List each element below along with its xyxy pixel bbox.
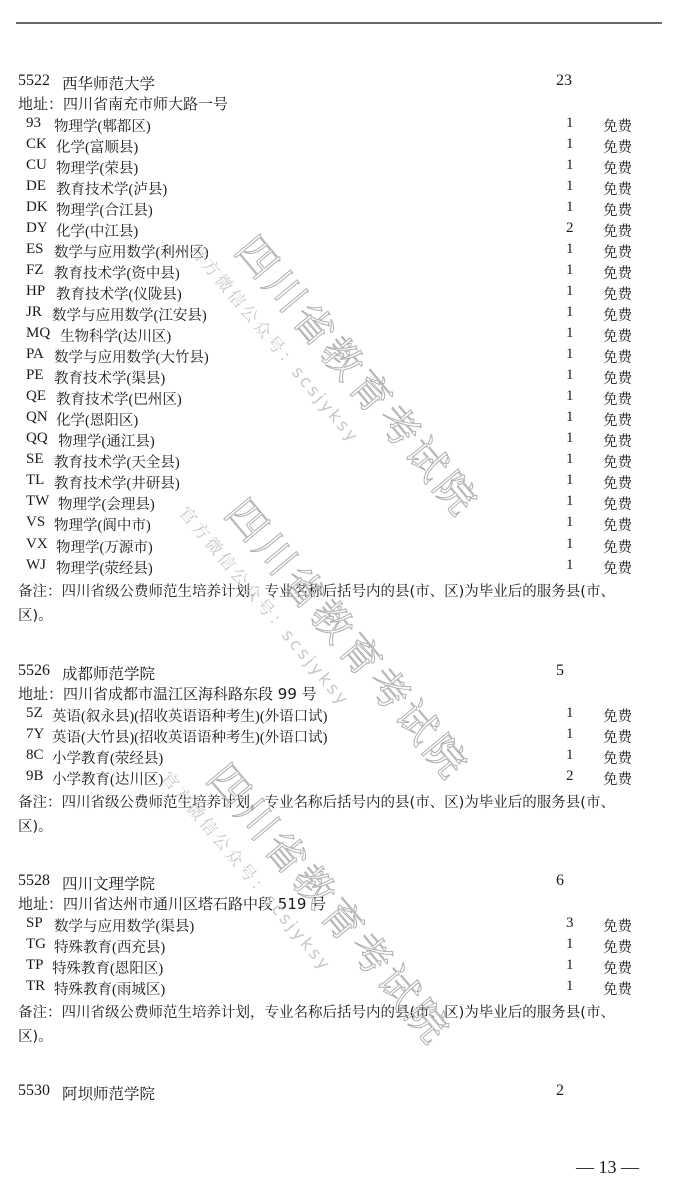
major-row: TW物理学(会理县)1免费 — [0, 493, 680, 514]
major-quota: 1 — [566, 451, 574, 468]
major-row: ES数学与应用数学(利州区)1免费 — [0, 241, 680, 262]
major-quota: 1 — [566, 705, 574, 722]
tuition-fee: 免费 — [603, 514, 632, 535]
tuition-fee: 免费 — [603, 409, 632, 430]
major-quota: 1 — [566, 409, 574, 426]
major-quota: 1 — [566, 241, 574, 258]
major-row: QE教育技术学(巴州区)1免费 — [0, 388, 680, 409]
major-quota: 1 — [566, 936, 574, 953]
major-code: TP — [26, 957, 44, 974]
major-code: VX — [26, 536, 48, 553]
major-code: TW — [26, 493, 49, 510]
tuition-fee: 免费 — [603, 726, 632, 747]
tuition-fee: 免费 — [603, 241, 632, 262]
major-code: HP — [26, 283, 45, 300]
major-quota: 1 — [566, 557, 574, 574]
major-quota: 1 — [566, 726, 574, 743]
major-quota: 1 — [566, 747, 574, 764]
school-name: 西华师范大学 — [62, 72, 155, 94]
note-text: 备注：四川省级公费师范生培养计划，专业名称后括号内的县(市、区)为毕业后的服务县… — [18, 580, 615, 601]
major-name: 特殊教育(雨城区) — [54, 978, 165, 999]
major-quota: 1 — [566, 115, 574, 132]
major-code: 5Z — [26, 705, 43, 722]
major-row: PE教育技术学(渠县)1免费 — [0, 367, 680, 388]
tuition-fee: 免费 — [603, 557, 632, 578]
major-code: ES — [26, 241, 44, 258]
tuition-fee: 免费 — [603, 915, 632, 936]
major-name: 化学(中江县) — [56, 220, 138, 241]
tuition-fee: 免费 — [603, 346, 632, 367]
tuition-fee: 免费 — [603, 536, 632, 557]
tuition-fee: 免费 — [603, 367, 632, 388]
major-quota: 1 — [566, 514, 574, 531]
major-name: 生物科学(达川区) — [60, 325, 171, 346]
major-name: 小学教育(荥经县) — [52, 747, 163, 768]
tuition-fee: 免费 — [603, 136, 632, 157]
major-quota: 1 — [566, 136, 574, 153]
note-continuation: 区)。 — [0, 815, 680, 836]
major-code: FZ — [26, 262, 44, 279]
major-row: CU物理学(荣县)1免费 — [0, 157, 680, 178]
major-code: DE — [26, 178, 46, 195]
major-quota: 1 — [566, 199, 574, 216]
major-name: 教育技术学(资中县) — [54, 262, 180, 283]
major-name: 物理学(通江县) — [58, 430, 155, 451]
major-name: 物理学(阆中市) — [54, 514, 151, 535]
major-name: 物理学(荣县) — [56, 157, 138, 178]
tuition-fee: 免费 — [603, 115, 632, 136]
major-code: QN — [26, 409, 48, 426]
major-row: SP数学与应用数学(渠县)3免费 — [0, 915, 680, 936]
major-name: 教育技术学(泸县) — [56, 178, 167, 199]
school-header: 5526成都师范学院5 — [0, 662, 680, 683]
tuition-fee: 免费 — [603, 283, 632, 304]
major-name: 特殊教育(西充县) — [54, 936, 165, 957]
note: 备注：四川省级公费师范生培养计划，专业名称后括号内的县(市、区)为毕业后的服务县… — [0, 791, 680, 812]
major-name: 物理学(郫都区) — [54, 115, 151, 136]
major-code: TL — [26, 472, 44, 489]
school-header: 5522西华师范大学23 — [0, 72, 680, 93]
major-quota: 1 — [566, 493, 574, 510]
header-rule — [16, 22, 662, 24]
major-row: 7Y英语(大竹县)(招收英语语种考生)(外语口试)1免费 — [0, 726, 680, 747]
major-quota: 1 — [566, 472, 574, 489]
school-name: 成都师范学院 — [62, 662, 155, 684]
tuition-fee: 免费 — [603, 768, 632, 789]
major-quota: 1 — [566, 304, 574, 321]
major-code: QQ — [26, 430, 48, 447]
major-code: JR — [26, 304, 42, 321]
major-code: WJ — [26, 557, 46, 574]
major-quota: 1 — [566, 325, 574, 342]
major-row: CK化学(富顺县)1免费 — [0, 136, 680, 157]
major-name: 教育技术学(井研县) — [54, 472, 180, 493]
school-code: 5530 — [18, 1082, 50, 1100]
major-name: 物理学(万源市) — [56, 536, 153, 557]
major-quota: 1 — [566, 536, 574, 553]
tuition-fee: 免费 — [603, 220, 632, 241]
tuition-fee: 免费 — [603, 262, 632, 283]
major-quota: 1 — [566, 978, 574, 995]
school-header: 5528四川文理学院6 — [0, 872, 680, 893]
major-name: 数学与应用数学(大竹县) — [54, 346, 209, 367]
note-text: 区)。 — [18, 604, 53, 625]
tuition-fee: 免费 — [603, 157, 632, 178]
major-row: JR数学与应用数学(江安县)1免费 — [0, 304, 680, 325]
major-name: 物理学(荥经县) — [56, 557, 153, 578]
major-row: QN化学(恩阳区)1免费 — [0, 409, 680, 430]
major-row: DY化学(中江县)2免费 — [0, 220, 680, 241]
major-code: PE — [26, 367, 44, 384]
note-continuation: 区)。 — [0, 604, 680, 625]
school-address: 地址：四川省南充市师大路一号 — [0, 93, 680, 114]
major-name: 教育技术学(渠县) — [54, 367, 165, 388]
major-row: TL教育技术学(井研县)1免费 — [0, 472, 680, 493]
note: 备注：四川省级公费师范生培养计划，专业名称后括号内的县(市、区)为毕业后的服务县… — [0, 1001, 680, 1022]
major-code: 8C — [26, 747, 44, 764]
tuition-fee: 免费 — [603, 304, 632, 325]
major-row: MQ生物科学(达川区)1免费 — [0, 325, 680, 346]
major-row: 93物理学(郫都区)1免费 — [0, 115, 680, 136]
major-quota: 1 — [566, 430, 574, 447]
school-address: 地址：四川省成都市温江区海科路东段 99 号 — [0, 683, 680, 704]
major-code: SP — [26, 915, 43, 932]
tuition-fee: 免费 — [603, 747, 632, 768]
major-code: CU — [26, 157, 47, 174]
tuition-fee: 免费 — [603, 936, 632, 957]
major-row: SE教育技术学(天全县)1免费 — [0, 451, 680, 472]
major-row: WJ物理学(荥经县)1免费 — [0, 557, 680, 578]
major-row: QQ物理学(通江县)1免费 — [0, 430, 680, 451]
major-code: 7Y — [26, 726, 44, 743]
tuition-fee: 免费 — [603, 325, 632, 346]
major-quota: 1 — [566, 262, 574, 279]
major-code: CK — [26, 136, 47, 153]
tuition-fee: 免费 — [603, 430, 632, 451]
major-code: PA — [26, 346, 44, 363]
major-row: HP教育技术学(仪陇县)1免费 — [0, 283, 680, 304]
school-total-quota: 2 — [556, 1082, 564, 1100]
tuition-fee: 免费 — [603, 451, 632, 472]
school-total-quota: 6 — [556, 872, 564, 890]
major-row: TG特殊教育(西充县)1免费 — [0, 936, 680, 957]
school-total-quota: 23 — [556, 72, 572, 90]
major-quota: 1 — [566, 157, 574, 174]
major-quota: 1 — [566, 957, 574, 974]
major-name: 化学(富顺县) — [56, 136, 138, 157]
major-quota: 1 — [566, 178, 574, 195]
school-name: 阿坝师范学院 — [62, 1082, 155, 1104]
major-row: DK物理学(合江县)1免费 — [0, 199, 680, 220]
school-name: 四川文理学院 — [62, 872, 155, 894]
major-code: TG — [26, 936, 46, 953]
major-code: TR — [26, 978, 45, 995]
tuition-fee: 免费 — [603, 178, 632, 199]
note-text: 区)。 — [18, 1025, 53, 1046]
major-code: QE — [26, 388, 46, 405]
major-quota: 3 — [566, 915, 574, 932]
major-quota: 2 — [566, 768, 574, 785]
major-row: VX物理学(万源市)1免费 — [0, 536, 680, 557]
major-code: SE — [26, 451, 44, 468]
major-row: TP特殊教育(恩阳区)1免费 — [0, 957, 680, 978]
school-header: 5530阿坝师范学院2 — [0, 1082, 680, 1103]
major-name: 英语(叙永县)(招收英语语种考生)(外语口试) — [52, 705, 327, 726]
school-code: 5528 — [18, 872, 50, 890]
major-row: DE教育技术学(泸县)1免费 — [0, 178, 680, 199]
address-text: 地址：四川省成都市温江区海科路东段 99 号 — [18, 683, 317, 704]
school-address: 地址：四川省达州市通川区塔石路中段 519 号 — [0, 893, 680, 914]
major-name: 教育技术学(天全县) — [54, 451, 180, 472]
page-number: — 13 — — [576, 1157, 639, 1178]
major-code: MQ — [26, 325, 50, 342]
major-row: VS物理学(阆中市)1免费 — [0, 514, 680, 535]
major-row: FZ教育技术学(资中县)1免费 — [0, 262, 680, 283]
major-row: 8C小学教育(荥经县)1免费 — [0, 747, 680, 768]
major-quota: 2 — [566, 220, 574, 237]
note-text: 区)。 — [18, 815, 53, 836]
major-name: 化学(恩阳区) — [56, 409, 138, 430]
major-code: DY — [26, 220, 48, 237]
major-name: 教育技术学(仪陇县) — [56, 283, 182, 304]
major-code: 93 — [26, 115, 41, 132]
school-code: 5526 — [18, 662, 50, 680]
major-name: 小学教育(达川区) — [52, 768, 163, 789]
major-quota: 1 — [566, 346, 574, 363]
tuition-fee: 免费 — [603, 705, 632, 726]
major-row: 9B小学教育(达川区)2免费 — [0, 768, 680, 789]
major-name: 特殊教育(恩阳区) — [52, 957, 163, 978]
major-name: 物理学(合江县) — [56, 199, 153, 220]
school-total-quota: 5 — [556, 662, 564, 680]
major-row: TR特殊教育(雨城区)1免费 — [0, 978, 680, 999]
note-text: 备注：四川省级公费师范生培养计划，专业名称后括号内的县(市、区)为毕业后的服务县… — [18, 791, 615, 812]
major-name: 英语(大竹县)(招收英语语种考生)(外语口试) — [52, 726, 327, 747]
major-code: 9B — [26, 768, 44, 785]
school-code: 5522 — [18, 72, 50, 90]
tuition-fee: 免费 — [603, 493, 632, 514]
tuition-fee: 免费 — [603, 957, 632, 978]
major-quota: 1 — [566, 388, 574, 405]
major-row: PA数学与应用数学(大竹县)1免费 — [0, 346, 680, 367]
major-code: VS — [26, 514, 45, 531]
note-continuation: 区)。 — [0, 1025, 680, 1046]
major-quota: 1 — [566, 367, 574, 384]
major-name: 教育技术学(巴州区) — [56, 388, 182, 409]
tuition-fee: 免费 — [603, 978, 632, 999]
tuition-fee: 免费 — [603, 388, 632, 409]
address-text: 地址：四川省南充市师大路一号 — [18, 93, 228, 114]
major-row: 5Z英语(叙永县)(招收英语语种考生)(外语口试)1免费 — [0, 705, 680, 726]
major-name: 数学与应用数学(利州区) — [54, 241, 209, 262]
major-quota: 1 — [566, 283, 574, 300]
major-code: DK — [26, 199, 48, 216]
tuition-fee: 免费 — [603, 199, 632, 220]
note: 备注：四川省级公费师范生培养计划，专业名称后括号内的县(市、区)为毕业后的服务县… — [0, 580, 680, 601]
major-name: 数学与应用数学(江安县) — [52, 304, 207, 325]
major-name: 物理学(会理县) — [58, 493, 155, 514]
major-name: 数学与应用数学(渠县) — [54, 915, 194, 936]
tuition-fee: 免费 — [603, 472, 632, 493]
address-text: 地址：四川省达州市通川区塔石路中段 519 号 — [18, 893, 326, 914]
note-text: 备注：四川省级公费师范生培养计划，专业名称后括号内的县(市、区)为毕业后的服务县… — [18, 1001, 615, 1022]
